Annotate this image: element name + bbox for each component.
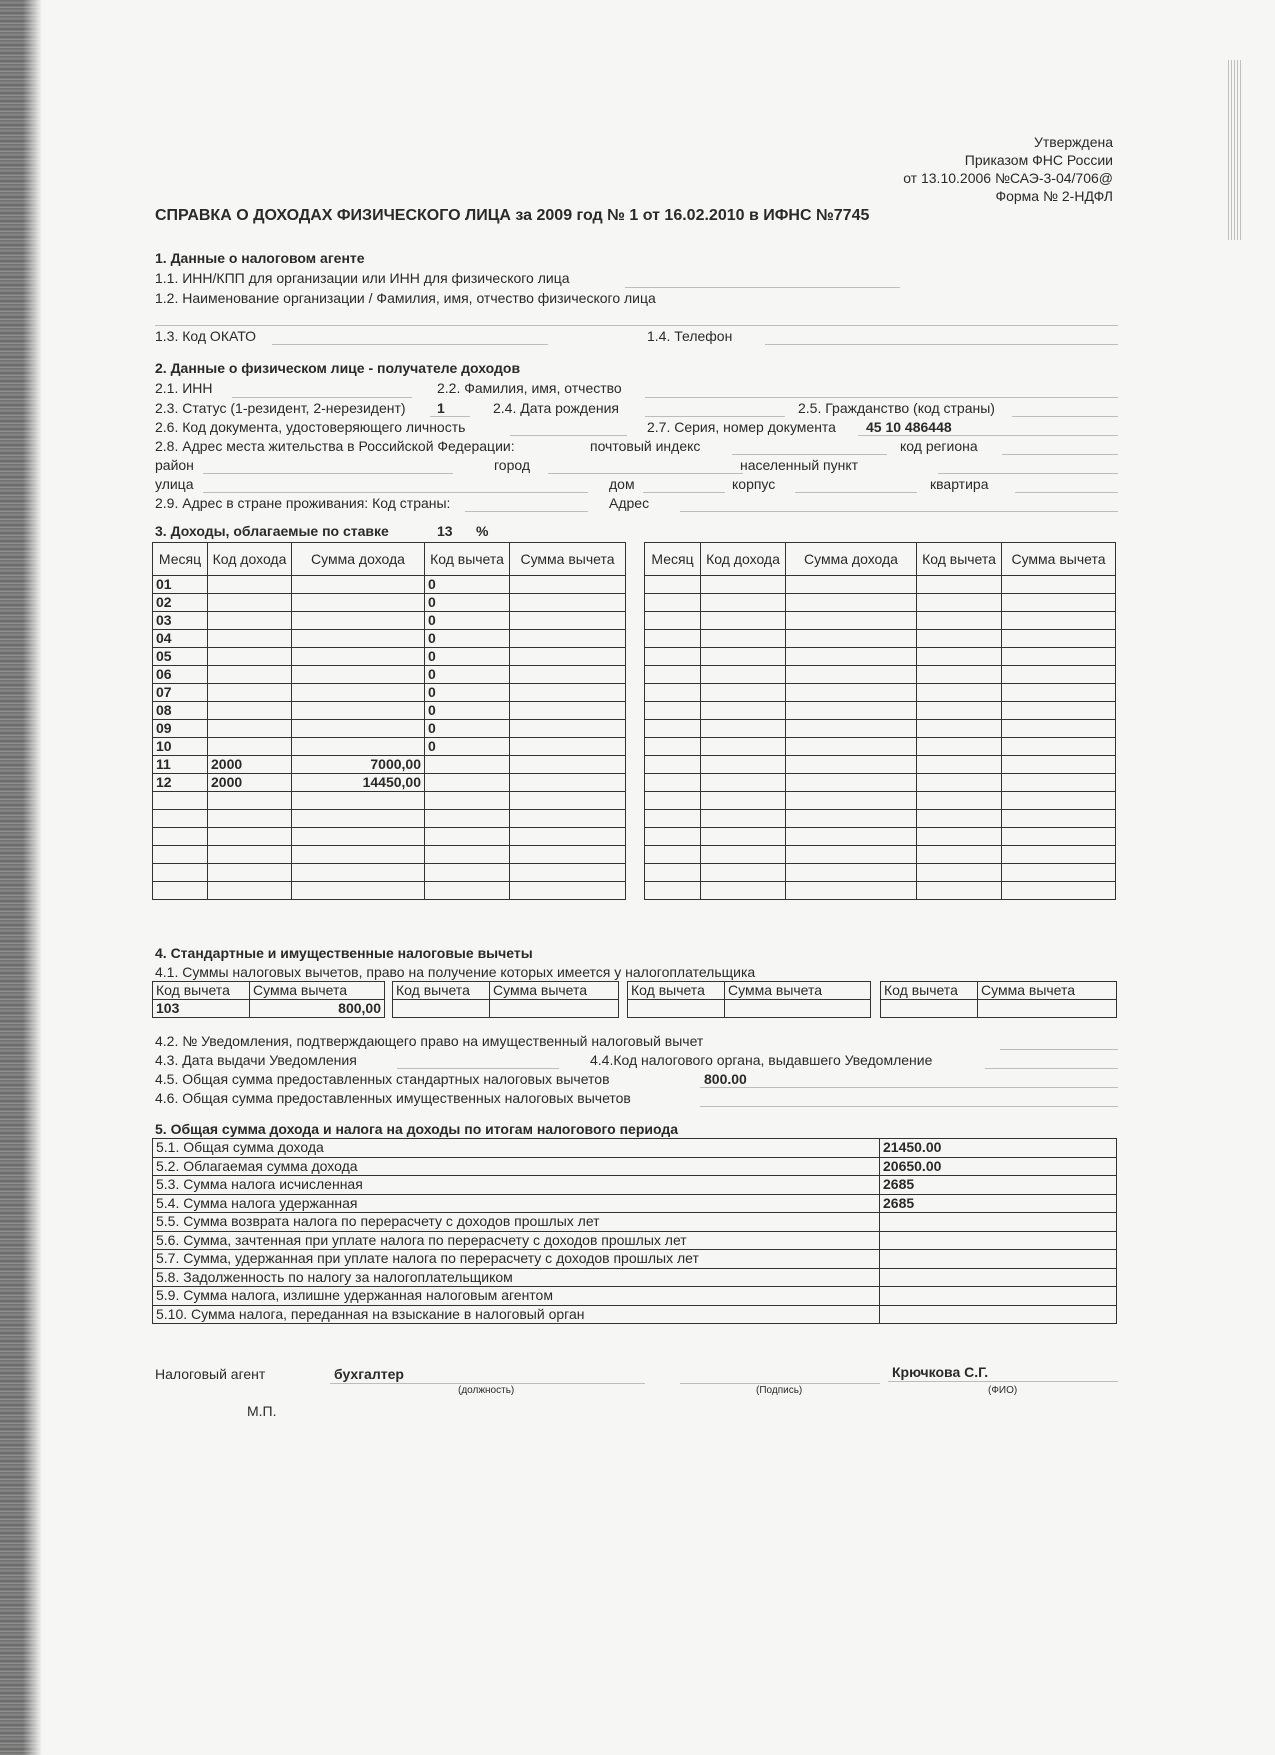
percent-sign: % xyxy=(476,523,488,539)
fio-value: Крючкова С.Г. xyxy=(892,1364,988,1380)
table-cell[interactable] xyxy=(153,864,208,882)
table-cell[interactable] xyxy=(208,666,292,684)
table-cell[interactable] xyxy=(208,792,292,810)
column-header: Код вычета xyxy=(628,982,725,1000)
table-cell[interactable] xyxy=(510,864,626,882)
table-cell[interactable] xyxy=(917,594,1002,612)
table-cell[interactable] xyxy=(645,864,701,882)
table-cell[interactable] xyxy=(786,864,917,882)
table-cell[interactable] xyxy=(1002,882,1116,900)
table-cell[interactable] xyxy=(917,576,1002,594)
totals-value[interactable]: 2685 xyxy=(880,1176,1117,1195)
table-cell[interactable] xyxy=(425,774,510,792)
totals-value[interactable] xyxy=(880,1250,1117,1269)
income-table-left: МесяцКод доходаСумма доходаКод вычетаСум… xyxy=(152,542,626,900)
section1-heading: 1. Данные о налоговом агенте xyxy=(155,250,365,266)
table-cell[interactable] xyxy=(1002,738,1116,756)
totals-row: 5.4. Сумма налога удержанная2685 xyxy=(153,1194,1117,1213)
table-cell[interactable]: 05 xyxy=(153,648,208,666)
stamp-label: М.П. xyxy=(247,1403,277,1419)
table-cell[interactable] xyxy=(510,882,626,900)
table-cell[interactable] xyxy=(917,882,1002,900)
fio-field[interactable] xyxy=(888,1381,1118,1382)
table-cell[interactable] xyxy=(510,576,626,594)
table-cell[interactable] xyxy=(645,738,701,756)
table-row xyxy=(645,594,1116,612)
totals-value[interactable] xyxy=(880,1231,1117,1250)
table-cell[interactable] xyxy=(153,792,208,810)
table-row xyxy=(645,756,1116,774)
table-cell[interactable] xyxy=(510,666,626,684)
table-cell[interactable] xyxy=(786,738,917,756)
table-cell[interactable] xyxy=(917,864,1002,882)
table-cell[interactable]: 09 xyxy=(153,720,208,738)
table-row xyxy=(153,810,626,828)
doc-code-field[interactable] xyxy=(510,435,627,436)
table-cell[interactable] xyxy=(701,594,786,612)
table-cell[interactable] xyxy=(917,792,1002,810)
phone-label: 1.4. Телефон xyxy=(647,328,732,344)
table-cell[interactable] xyxy=(1002,720,1116,738)
notice-number-field[interactable] xyxy=(1000,1049,1118,1050)
table-cell[interactable] xyxy=(701,846,786,864)
table-cell[interactable]: 14450,00 xyxy=(292,774,425,792)
table-cell[interactable] xyxy=(786,882,917,900)
totals-value[interactable] xyxy=(880,1268,1117,1287)
column-header: Сумма дохода xyxy=(786,543,917,576)
table-cell[interactable]: 11 xyxy=(153,756,208,774)
std-total-label: 4.5. Общая сумма предоставленных стандар… xyxy=(155,1071,610,1087)
table-cell[interactable] xyxy=(208,630,292,648)
doc-number-label: 2.7. Серия, номер документа xyxy=(647,419,836,435)
table-cell[interactable] xyxy=(208,828,292,846)
address-ru-label: 2.8. Адрес места жительства в Российской… xyxy=(155,438,515,454)
table-cell[interactable] xyxy=(510,684,626,702)
table-cell[interactable] xyxy=(917,720,1002,738)
table-cell[interactable]: 03 xyxy=(153,612,208,630)
table-cell[interactable]: 10 xyxy=(153,738,208,756)
table-cell[interactable]: 06 xyxy=(153,666,208,684)
table-row xyxy=(153,792,626,810)
table-cell[interactable] xyxy=(208,720,292,738)
recipient-fio-field[interactable] xyxy=(645,397,1118,398)
table-cell[interactable]: 0 xyxy=(425,720,510,738)
table-cell[interactable] xyxy=(917,612,1002,630)
table-cell[interactable] xyxy=(786,594,917,612)
apartment-field[interactable] xyxy=(1015,492,1118,493)
totals-value[interactable] xyxy=(880,1305,1117,1324)
table-cell[interactable] xyxy=(917,630,1002,648)
table-cell[interactable] xyxy=(153,828,208,846)
column-header: Код вычета xyxy=(153,982,250,1000)
approval-line: Утверждена xyxy=(903,133,1113,151)
table-cell[interactable] xyxy=(1002,576,1116,594)
table-cell[interactable] xyxy=(701,774,786,792)
table-cell[interactable] xyxy=(208,882,292,900)
postal-code-field[interactable] xyxy=(732,454,887,455)
table-cell[interactable] xyxy=(292,648,425,666)
table-row xyxy=(645,684,1116,702)
table-cell[interactable] xyxy=(510,756,626,774)
table-cell[interactable] xyxy=(701,792,786,810)
table-row: 010 xyxy=(153,576,626,594)
table-cell[interactable] xyxy=(645,576,701,594)
totals-row: 5.8. Задолженность по налогу за налогопл… xyxy=(153,1268,1117,1287)
table-cell[interactable] xyxy=(292,738,425,756)
table-cell[interactable] xyxy=(701,720,786,738)
table-row: 050 xyxy=(153,648,626,666)
table-cell[interactable] xyxy=(1002,846,1116,864)
table-row: 030 xyxy=(153,612,626,630)
deduction-table: Код вычетаСумма вычета xyxy=(627,981,871,1018)
table-cell[interactable] xyxy=(208,648,292,666)
table-cell[interactable] xyxy=(917,648,1002,666)
table-cell[interactable] xyxy=(701,702,786,720)
table-cell[interactable] xyxy=(1002,612,1116,630)
table-cell[interactable] xyxy=(701,810,786,828)
table-cell[interactable] xyxy=(786,846,917,864)
table-cell[interactable] xyxy=(292,810,425,828)
table-cell[interactable] xyxy=(153,810,208,828)
totals-row: 5.1. Общая сумма дохода21450.00 xyxy=(153,1139,1117,1158)
totals-value[interactable]: 2685 xyxy=(880,1194,1117,1213)
table-row xyxy=(645,612,1116,630)
table-cell[interactable] xyxy=(1002,792,1116,810)
table-cell[interactable] xyxy=(701,666,786,684)
deduction-code[interactable]: 103 xyxy=(153,1000,250,1018)
table-cell[interactable] xyxy=(1002,864,1116,882)
table-cell[interactable] xyxy=(645,630,701,648)
table-cell[interactable]: 0 xyxy=(425,738,510,756)
totals-value[interactable] xyxy=(880,1213,1117,1232)
totals-value[interactable]: 20650.00 xyxy=(880,1157,1117,1176)
table-cell[interactable] xyxy=(208,846,292,864)
table-cell[interactable] xyxy=(510,702,626,720)
table-cell[interactable]: 0 xyxy=(425,594,510,612)
locality-field[interactable] xyxy=(938,473,1118,474)
table-cell[interactable] xyxy=(645,882,701,900)
table-cell[interactable] xyxy=(1002,648,1116,666)
column-header: Код дохода xyxy=(701,543,786,576)
city-field[interactable] xyxy=(548,473,743,474)
approval-line: от 13.10.2006 №САЭ-3-04/706@ xyxy=(903,169,1113,187)
table-cell[interactable]: 0 xyxy=(425,630,510,648)
table-cell[interactable] xyxy=(645,702,701,720)
table-cell[interactable] xyxy=(645,792,701,810)
table-cell[interactable] xyxy=(292,666,425,684)
table-row xyxy=(153,828,626,846)
table-row xyxy=(153,882,626,900)
foreign-country-field[interactable] xyxy=(465,511,588,512)
table-cell[interactable] xyxy=(292,576,425,594)
table-cell[interactable] xyxy=(208,684,292,702)
table-cell[interactable] xyxy=(645,612,701,630)
table-cell[interactable] xyxy=(1002,630,1116,648)
table-cell[interactable] xyxy=(292,828,425,846)
table-cell[interactable] xyxy=(701,882,786,900)
table-cell[interactable] xyxy=(208,810,292,828)
table-cell[interactable]: 0 xyxy=(425,576,510,594)
status-field[interactable] xyxy=(430,416,470,417)
org-name-field[interactable] xyxy=(155,325,1118,326)
house-label: дом xyxy=(609,476,635,492)
table-cell[interactable] xyxy=(510,810,626,828)
table-cell[interactable] xyxy=(701,612,786,630)
table-cell[interactable] xyxy=(917,684,1002,702)
table-cell[interactable]: 0 xyxy=(425,684,510,702)
table-cell[interactable] xyxy=(208,738,292,756)
citizenship-field[interactable] xyxy=(1012,416,1118,417)
table-cell[interactable] xyxy=(425,792,510,810)
table-header-row: Код вычетаСумма вычета xyxy=(628,982,871,1000)
table-cell[interactable] xyxy=(208,594,292,612)
deduction-sum[interactable] xyxy=(978,1000,1117,1018)
totals-label: 5.10. Сумма налога, переданная на взыска… xyxy=(153,1305,880,1324)
deduction-table: Код вычетаСумма вычета xyxy=(880,981,1117,1018)
table-cell[interactable] xyxy=(425,846,510,864)
table-cell[interactable] xyxy=(425,864,510,882)
deduction-sum[interactable]: 800,00 xyxy=(250,1000,385,1018)
scan-artifact xyxy=(1228,60,1242,240)
approval-line: Приказом ФНС России xyxy=(903,151,1113,169)
birth-date-field[interactable] xyxy=(645,416,785,417)
table-cell[interactable] xyxy=(701,738,786,756)
table-cell[interactable] xyxy=(1002,594,1116,612)
table-cell[interactable] xyxy=(1002,666,1116,684)
tax-rate-value: 13 xyxy=(437,523,453,539)
table-row xyxy=(628,1000,871,1018)
table-row: 12200014450,00 xyxy=(153,774,626,792)
totals-label: 5.9. Сумма налога, излишне удержанная на… xyxy=(153,1287,880,1306)
deduction-code[interactable] xyxy=(393,1000,490,1018)
signature-field[interactable] xyxy=(680,1383,880,1384)
table-cell[interactable] xyxy=(786,702,917,720)
table-cell[interactable] xyxy=(786,810,917,828)
totals-label: 5.4. Сумма налога удержанная xyxy=(153,1194,880,1213)
table-cell[interactable] xyxy=(701,864,786,882)
table-cell[interactable] xyxy=(1002,774,1116,792)
table-cell[interactable]: 12 xyxy=(153,774,208,792)
okato-label: 1.3. Код ОКАТО xyxy=(155,328,256,344)
table-row: 020 xyxy=(153,594,626,612)
table-cell[interactable] xyxy=(292,720,425,738)
table-cell[interactable] xyxy=(786,774,917,792)
deduction-sum[interactable] xyxy=(490,1000,619,1018)
table-cell[interactable] xyxy=(292,594,425,612)
totals-row: 5.3. Сумма налога исчисленная2685 xyxy=(153,1176,1117,1195)
signature-caption: (Подпись) xyxy=(756,1385,802,1396)
table-row xyxy=(153,864,626,882)
table-cell[interactable] xyxy=(1002,702,1116,720)
notice-date-field[interactable] xyxy=(397,1068,559,1069)
status-value: 1 xyxy=(437,400,445,416)
table-cell[interactable]: 7000,00 xyxy=(292,756,425,774)
table-cell[interactable] xyxy=(1002,810,1116,828)
table-cell[interactable] xyxy=(1002,684,1116,702)
table-row: 090 xyxy=(153,720,626,738)
table-cell[interactable] xyxy=(510,774,626,792)
totals-value[interactable] xyxy=(880,1287,1117,1306)
table-cell[interactable] xyxy=(208,612,292,630)
column-header: Сумма вычета xyxy=(510,543,626,576)
house-field[interactable] xyxy=(643,492,725,493)
table-cell[interactable] xyxy=(917,756,1002,774)
column-header: Код вычета xyxy=(881,982,978,1000)
table-cell[interactable] xyxy=(917,810,1002,828)
table-cell[interactable] xyxy=(510,720,626,738)
doc-number-value: 45 10 486448 xyxy=(866,419,952,435)
table-cell[interactable] xyxy=(292,612,425,630)
table-cell[interactable] xyxy=(292,864,425,882)
table-cell[interactable] xyxy=(208,864,292,882)
table-cell[interactable] xyxy=(917,666,1002,684)
status-label: 2.3. Статус (1-резидент, 2-нерезидент) xyxy=(155,400,406,416)
table-cell[interactable] xyxy=(645,684,701,702)
notice-org-field[interactable] xyxy=(985,1068,1118,1069)
totals-label: 5.1. Общая сумма дохода xyxy=(153,1139,880,1158)
table-cell[interactable] xyxy=(510,594,626,612)
position-value: бухгалтер xyxy=(334,1366,404,1382)
table-cell[interactable] xyxy=(292,684,425,702)
table-cell[interactable]: 01 xyxy=(153,576,208,594)
table-cell[interactable] xyxy=(510,846,626,864)
table-cell[interactable] xyxy=(786,756,917,774)
table-row xyxy=(645,792,1116,810)
table-cell[interactable] xyxy=(645,846,701,864)
table-cell[interactable] xyxy=(1002,756,1116,774)
std-total-field[interactable] xyxy=(700,1087,1118,1088)
position-field[interactable] xyxy=(330,1383,645,1384)
table-cell[interactable] xyxy=(786,612,917,630)
prop-total-field[interactable] xyxy=(700,1106,1118,1107)
table-cell[interactable] xyxy=(645,720,701,738)
table-cell[interactable] xyxy=(786,684,917,702)
totals-row: 5.9. Сумма налога, излишне удержанная на… xyxy=(153,1287,1117,1306)
foreign-address-field[interactable] xyxy=(680,511,1118,512)
deduction-code[interactable] xyxy=(628,1000,725,1018)
street-field[interactable] xyxy=(203,492,588,493)
table-cell[interactable]: 08 xyxy=(153,702,208,720)
table-cell[interactable] xyxy=(701,576,786,594)
table-cell[interactable] xyxy=(510,648,626,666)
table-cell[interactable] xyxy=(786,648,917,666)
table-cell[interactable] xyxy=(917,846,1002,864)
table-cell[interactable] xyxy=(425,882,510,900)
table-cell[interactable] xyxy=(645,828,701,846)
recipient-inn-field[interactable] xyxy=(232,397,412,398)
notice-date-label: 4.3. Дата выдачи Уведомления xyxy=(155,1052,357,1068)
table-cell[interactable]: 07 xyxy=(153,684,208,702)
org-name-label: 1.2. Наименование организации / Фамилия,… xyxy=(155,290,656,306)
table-cell[interactable] xyxy=(425,756,510,774)
table-cell[interactable] xyxy=(510,792,626,810)
table-cell[interactable] xyxy=(917,774,1002,792)
table-cell[interactable]: 0 xyxy=(425,702,510,720)
region-code-field[interactable] xyxy=(1002,454,1118,455)
table-cell[interactable]: 0 xyxy=(425,612,510,630)
table-cell[interactable] xyxy=(1002,828,1116,846)
table-cell[interactable] xyxy=(292,792,425,810)
notice-org-label: 4.4.Код налогового органа, выдавшего Уве… xyxy=(590,1052,932,1068)
table-cell[interactable] xyxy=(786,666,917,684)
table-cell[interactable] xyxy=(645,666,701,684)
table-row xyxy=(645,882,1116,900)
phone-field[interactable] xyxy=(765,344,1118,345)
table-row: 1120007000,00 xyxy=(153,756,626,774)
okato-field[interactable] xyxy=(272,344,548,345)
table-cell[interactable] xyxy=(701,756,786,774)
table-cell[interactable] xyxy=(786,576,917,594)
table-cell[interactable] xyxy=(425,810,510,828)
table-cell[interactable] xyxy=(786,720,917,738)
table-cell[interactable] xyxy=(208,702,292,720)
deduction-code[interactable] xyxy=(881,1000,978,1018)
table-cell[interactable] xyxy=(292,702,425,720)
table-header-row: Код вычетаСумма вычета xyxy=(153,982,385,1000)
table-cell[interactable] xyxy=(701,684,786,702)
table-cell[interactable] xyxy=(510,630,626,648)
totals-label: 5.2. Облагаемая сумма дохода xyxy=(153,1157,880,1176)
totals-label: 5.3. Сумма налога исчисленная xyxy=(153,1176,880,1195)
table-cell[interactable] xyxy=(645,774,701,792)
table-cell[interactable] xyxy=(917,828,1002,846)
inn-kpp-field[interactable] xyxy=(625,287,900,288)
city-label: город xyxy=(494,457,530,473)
table-cell[interactable] xyxy=(153,846,208,864)
table-cell[interactable] xyxy=(645,594,701,612)
table-cell[interactable] xyxy=(153,882,208,900)
table-cell[interactable] xyxy=(701,630,786,648)
table-cell[interactable] xyxy=(645,648,701,666)
table-cell[interactable] xyxy=(917,738,1002,756)
table-cell[interactable]: 0 xyxy=(425,666,510,684)
table-cell[interactable] xyxy=(701,828,786,846)
table-cell[interactable]: 2000 xyxy=(208,756,292,774)
table-cell[interactable] xyxy=(510,738,626,756)
table-row xyxy=(645,648,1116,666)
table-row: 080 xyxy=(153,702,626,720)
column-header: Сумма вычета xyxy=(490,982,619,1000)
column-header: Код вычета xyxy=(917,543,1002,576)
table-cell[interactable] xyxy=(786,792,917,810)
table-cell[interactable] xyxy=(786,630,917,648)
table-cell[interactable]: 02 xyxy=(153,594,208,612)
deduction-sum[interactable] xyxy=(725,1000,871,1018)
table-cell[interactable] xyxy=(292,630,425,648)
postal-code-label: почтовый индекс xyxy=(590,438,700,454)
building-field[interactable] xyxy=(795,492,917,493)
table-cell[interactable] xyxy=(701,648,786,666)
table-cell[interactable] xyxy=(645,756,701,774)
table-cell[interactable] xyxy=(510,828,626,846)
doc-number-field[interactable] xyxy=(858,435,1118,436)
table-cell[interactable] xyxy=(208,576,292,594)
table-cell[interactable] xyxy=(425,828,510,846)
table-cell[interactable] xyxy=(645,810,701,828)
table-cell[interactable]: 0 xyxy=(425,648,510,666)
table-cell[interactable] xyxy=(292,846,425,864)
totals-value[interactable]: 21450.00 xyxy=(880,1139,1117,1158)
table-cell[interactable] xyxy=(510,612,626,630)
table-row xyxy=(645,576,1116,594)
district-field[interactable] xyxy=(203,473,453,474)
table-cell[interactable] xyxy=(917,702,1002,720)
column-header: Сумма вычета xyxy=(978,982,1117,1000)
table-cell[interactable]: 2000 xyxy=(208,774,292,792)
table-cell[interactable]: 04 xyxy=(153,630,208,648)
table-cell[interactable] xyxy=(292,882,425,900)
table-cell[interactable] xyxy=(786,828,917,846)
